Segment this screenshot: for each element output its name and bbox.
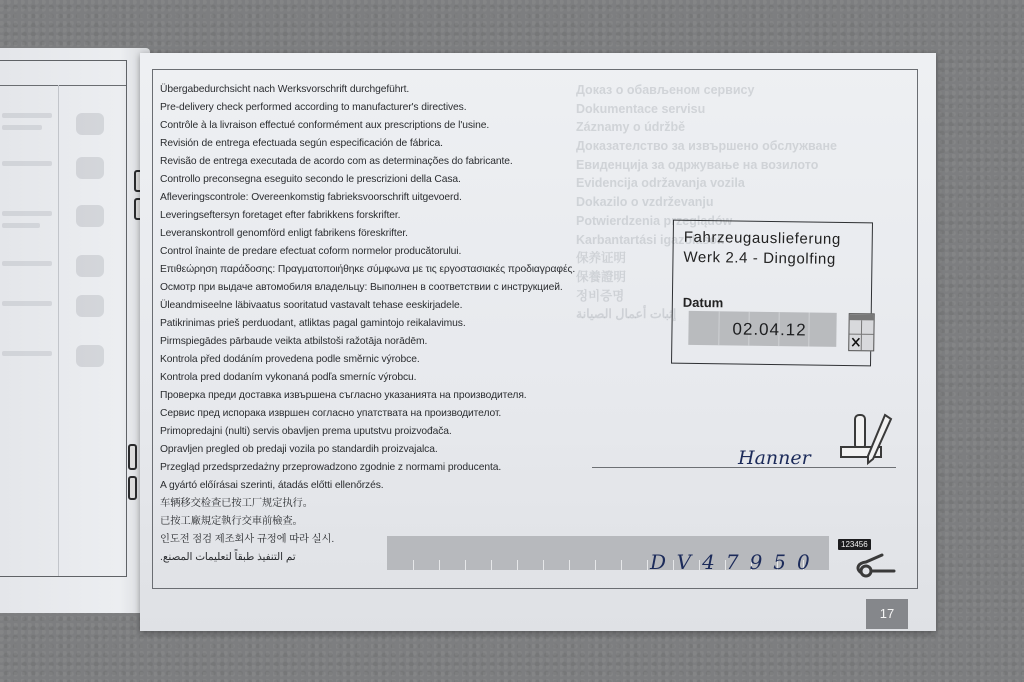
statement-line: 已按工廠規定執行交車前檢查。 <box>160 513 630 531</box>
statement-line: Übergabedurchsicht nach Werksvorschrift … <box>160 81 630 99</box>
statement-line: Leveranskontroll genomförd enligt fabrik… <box>160 225 630 243</box>
faded-car-icon <box>76 205 104 227</box>
statement-line: Pre-delivery check performed according t… <box>160 99 630 117</box>
stamp-plant: Werk 2.4 - Dingolfing <box>683 249 836 268</box>
faded-tree-icon <box>76 157 104 179</box>
right-page: Доказ о обављеном сервису Dokumentace se… <box>140 53 936 631</box>
statement-line: A gyártó előírásai szerinti, átadás előt… <box>160 477 630 495</box>
stamp-date-value: 02.04.12 <box>732 319 806 340</box>
statement-line: Primopredajni (nulti) servis obavljen pr… <box>160 423 630 441</box>
delivery-check-statements: Übergabedurchsicht nach Werksvorschrift … <box>160 81 630 567</box>
stamp-pen-icon <box>835 411 895 467</box>
faded-text <box>2 261 52 266</box>
vin-badge: 123456 <box>838 539 871 550</box>
statement-line: Kontrola před dodáním provedena podle sm… <box>160 351 630 369</box>
statement-line: Control înainte de predare efectuat cofo… <box>160 243 630 261</box>
statement-line: Осмотр при выдаче автомобиля владельцу: … <box>160 279 630 297</box>
stamp-title: Fahrzeugauslieferung <box>684 229 841 248</box>
statement-line: Pirmspiegādes pārbaude veikta atbilstoši… <box>160 333 630 351</box>
calendar-icon <box>848 313 875 351</box>
faded-text <box>2 301 52 306</box>
left-table-column-rule <box>58 85 59 576</box>
faded-text <box>2 223 40 228</box>
statement-line: 车辆移交检查已按工厂规定执行。 <box>160 495 630 513</box>
left-table-header-rule <box>0 85 126 86</box>
statement-line: Contrôle à la livraison effectué conform… <box>160 117 630 135</box>
faded-stamp-icon <box>76 345 104 367</box>
binding-staple-icon <box>128 476 137 500</box>
statement-line: Сервис пред испорака извршен согласно уп… <box>160 405 630 423</box>
statement-line: Kontrola pred dodaním vykonaná podľa sme… <box>160 369 630 387</box>
statement-line: Revisión de entrega efectuada según espe… <box>160 135 630 153</box>
statement-line: Controllo preconsegna eseguito secondo l… <box>160 171 630 189</box>
faded-text <box>2 351 52 356</box>
statement-line: Opravljen pregled ob predaji vozila po s… <box>160 441 630 459</box>
page-number: 17 <box>866 599 908 629</box>
faded-document-icon <box>76 295 104 317</box>
faded-text <box>2 125 42 130</box>
statement-line: Przegląd przedsprzedażny przeprowadzono … <box>160 459 630 477</box>
faded-text <box>2 161 52 166</box>
vin-handwritten: DV47950 <box>650 550 821 574</box>
delivery-stamp: Fahrzeugauslieferung Werk 2.4 - Dingolfi… <box>671 220 873 367</box>
statement-line: Επιθεώρηση παράδοσης: Πραγματοποιήθηκε σ… <box>160 261 630 279</box>
left-page-frame <box>0 60 127 577</box>
signature: Hanner <box>738 447 811 469</box>
stamp-date-label: Datum <box>683 295 724 311</box>
statement-line: Patikrinimas prieš perduodant, atliktas … <box>160 315 630 333</box>
left-page <box>0 48 150 613</box>
binding-staple-icon <box>128 444 137 470</box>
faded-badge-icon <box>76 255 104 277</box>
faded-text <box>2 113 52 118</box>
statement-line: Leveringseftersyn foretaget efter fabrik… <box>160 207 630 225</box>
car-key-icon <box>852 551 898 579</box>
statement-line: Revisão de entrega executada de acordo c… <box>160 153 630 171</box>
faded-wrench-icon <box>76 113 104 135</box>
statement-line: Üleandmiseelne läbivaatus sooritatud vas… <box>160 297 630 315</box>
statement-line: تم التنفيذ طبقاً لتعليمات المصنع. <box>160 549 360 567</box>
faded-text <box>2 211 52 216</box>
statement-line: Afleveringscontrole: Overeenkomstig fabr… <box>160 189 630 207</box>
statement-line: Проверка преди доставка извършена съглас… <box>160 387 630 405</box>
